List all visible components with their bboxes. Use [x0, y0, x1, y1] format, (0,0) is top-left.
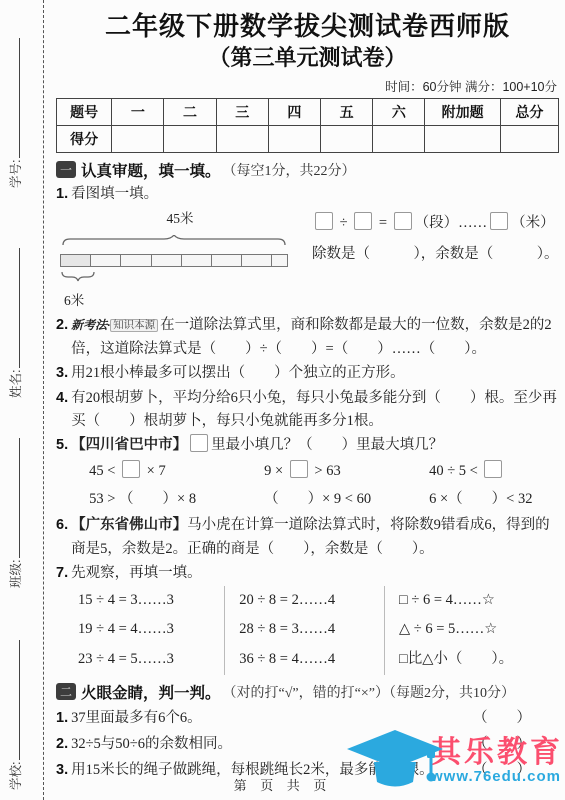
q1-bar-cell [152, 255, 182, 266]
section-1-number-icon: 一 [56, 161, 76, 178]
q7-equation: △ ÷ 6 = 5……☆ [399, 615, 553, 645]
q1-bar-cell [242, 255, 272, 266]
student-class-field: 班级: [6, 378, 26, 588]
q1-bar-cell [212, 255, 242, 266]
q5-expression: 9 × > 63 [264, 458, 429, 486]
q5-expression: 6 ×（ ）< 32 [429, 486, 559, 514]
score-row-label: 得分 [57, 125, 112, 152]
q1-bar-top-label: 45米 [60, 208, 300, 230]
knowledge-origin-badge: 知识本源 [110, 319, 158, 332]
graduation-cap-icon [345, 728, 445, 794]
q7-column-3: □ ÷ 6 = 4……☆ △ ÷ 6 = 5……☆ □比△小（ ）。 [384, 586, 559, 675]
question-5-number: 5. [56, 434, 68, 457]
question-2: 2. 新考法·知识本源在一道除法算式里，商和除数都是最大的一位数，余数是2的2倍… [56, 314, 559, 361]
score-header-cell: 六 [373, 98, 425, 125]
q1-bar-cell [61, 255, 91, 266]
q7-pattern-grid: 15 ÷ 4 = 3……3 19 ÷ 4 = 4……3 23 ÷ 4 = 5……… [56, 586, 559, 675]
score-empty-cell [425, 125, 500, 152]
q7-equation: 20 ÷ 8 = 2……4 [239, 586, 378, 616]
exam-meta: 时间：60分钟 满分：100+10分 [56, 77, 557, 95]
question-3: 3. 用21根小棒最多可以摆出（ ）个独立的正方形。 [56, 362, 559, 385]
question-5: 5. 【四川省巴中市】里最小填几？（ ）里最大填几？ 45 < × 7 9 × … [56, 434, 559, 513]
blank-box [122, 460, 140, 478]
question-1-text: 看图填一填。 [71, 183, 559, 206]
page-title: 二年级下册数学拔尖测试卷西师版 [56, 10, 559, 43]
q1-segment-bar [60, 254, 288, 267]
score-empty-cell [500, 125, 558, 152]
student-school-blank-line [7, 640, 20, 760]
question-4: 4. 有20根胡萝卜，平均分给6只小兔，每只小兔最多能分到（ ）根。至少再买（ … [56, 387, 559, 434]
blank-box [315, 212, 333, 230]
left-margin: 学号: 姓名: 班级: 学校: [0, 0, 44, 800]
q5-expression: （ ）× 9 < 60 [264, 486, 429, 514]
q5-expression: 45 < × 7 [89, 458, 264, 486]
score-header-cell: 题号 [57, 98, 112, 125]
blank-box [290, 460, 308, 478]
q7-column-2: 20 ÷ 8 = 2……4 28 ÷ 8 = 3……4 36 ÷ 8 = 4……… [224, 586, 384, 675]
q7-equation: 36 ÷ 8 = 4……4 [239, 645, 378, 675]
q1-bar-bottom-label: 6米 [64, 290, 300, 312]
judge-item-1-number: 1. [56, 705, 68, 731]
q7-equation: □ ÷ 6 = 4……☆ [399, 586, 553, 616]
q1-equations: ÷ = （段）……（米） 除数是（ ），余数是（ ）。 [300, 208, 559, 312]
score-header-cell: 一 [112, 98, 164, 125]
section-1-note: （每空1分，共22分） [223, 160, 356, 180]
q1-top-brace [60, 235, 288, 245]
new-method-badge: 新考法· [71, 318, 110, 332]
judge-item-1-text: 37里面最多有6个6。 [71, 705, 473, 731]
score-empty-cell [321, 125, 373, 152]
student-id-field: 学号: [6, 0, 26, 188]
section-1-heading: 一 认真审题，填一填。 （每空1分，共22分） [56, 159, 559, 181]
q7-equation: □比△小（ ）。 [399, 645, 553, 675]
question-7: 7. 先观察，再填一填。 15 ÷ 4 = 3……3 19 ÷ 4 = 4……3… [56, 562, 559, 675]
question-6: 6. 【广东省佛山市】马小虎在计算一道除法算式时，将除数9错看成6，得到的商是5… [56, 514, 559, 561]
question-7-number: 7. [56, 562, 68, 585]
question-1-content: 45米 [60, 208, 559, 312]
question-6-region-tag: 【广东省佛山市】 [71, 517, 187, 533]
blank-box [354, 212, 372, 230]
question-3-text: 用21根小棒最多可以摆出（ ）个独立的正方形。 [71, 362, 559, 385]
student-name-field: 姓名: [6, 188, 26, 398]
q1-bar-diagram: 45米 [60, 208, 300, 312]
test-paper-page: 学号: 姓名: 班级: 学校: 二年级下册数学拔尖测试卷西师版 （第三单元测试卷… [0, 0, 565, 800]
score-header-cell: 总分 [500, 98, 558, 125]
q7-column-1: 15 ÷ 4 = 3……3 19 ÷ 4 = 4……3 23 ÷ 4 = 5……… [72, 586, 224, 675]
question-3-number: 3. [56, 362, 68, 385]
q1-equation-line: ÷ = （段）……（米） [312, 208, 559, 238]
paper-body: 二年级下册数学拔尖测试卷西师版 （第三单元测试卷） 时间：60分钟 满分：100… [56, 0, 559, 783]
blank-box [484, 460, 502, 478]
judge-item-1-answer-blank: （ ） [473, 705, 559, 731]
student-class-blank-line [7, 438, 20, 558]
question-1: 1. 看图填一填。 45米 [56, 183, 559, 312]
student-id-label: 学号: [9, 160, 23, 188]
question-7-text: 先观察，再填一填。 [71, 562, 559, 585]
watermark-url: www.76edu.com [431, 768, 561, 785]
score-header-cell: 二 [164, 98, 216, 125]
q5-expression: 40 ÷ 5 < [429, 458, 559, 486]
score-empty-cell [373, 125, 425, 152]
page-subtitle: （第三单元测试卷） [56, 45, 559, 71]
judge-item-1: 1. 37里面最多有6个6。 （ ） [56, 705, 559, 731]
section-2-heading: 二 火眼金睛，判一判。 （对的打“√”，错的打“×”）（每题2分，共10分） [56, 681, 559, 703]
q7-equation: 28 ÷ 8 = 3……4 [239, 615, 378, 645]
score-header-cell: 三 [216, 98, 268, 125]
score-empty-cell [164, 125, 216, 152]
score-header-cell: 附加题 [425, 98, 500, 125]
section-1-title: 认真审题，填一填。 [81, 159, 221, 181]
watermark-brand-name: 其乐教育 [431, 737, 563, 769]
q1-bar-cell [91, 255, 121, 266]
question-1-number: 1. [56, 183, 68, 206]
judge-item-2-number: 2. [56, 731, 68, 757]
score-table-header-row: 题号 一 二 三 四 五 六 附加题 总分 [57, 98, 559, 125]
score-empty-cell [112, 125, 164, 152]
q7-equation: 15 ÷ 4 = 3……3 [78, 586, 218, 616]
q1-answer-line: 除数是（ ），余数是（ ）。 [312, 239, 559, 269]
q1-bar-cell [182, 255, 212, 266]
question-5-region-tag: 【四川省巴中市】 [71, 437, 187, 453]
q1-bar-cell-remainder [272, 255, 287, 266]
score-empty-cell [268, 125, 320, 152]
q1-bar-cell [121, 255, 151, 266]
watermark: 其乐教育 www.76edu.com [345, 728, 563, 794]
q5-expressions-row-2: 53 > （ ）× 8 （ ）× 9 < 60 6 ×（ ）< 32 [71, 486, 559, 514]
blank-box [190, 434, 208, 452]
question-2-number: 2. [56, 314, 68, 337]
q7-equation: 19 ÷ 4 = 4……3 [78, 615, 218, 645]
student-school-field: 学校: [6, 580, 26, 790]
score-header-cell: 五 [321, 98, 373, 125]
score-table: 题号 一 二 三 四 五 六 附加题 总分 得分 [56, 98, 559, 153]
section-2-title: 火眼金睛，判一判。 [81, 681, 221, 703]
question-6-number: 6. [56, 514, 68, 537]
blank-box [490, 212, 508, 230]
score-header-cell: 四 [268, 98, 320, 125]
score-empty-cell [216, 125, 268, 152]
q5-expression: 53 > （ ）× 8 [89, 486, 264, 514]
q1-bottom-brace [60, 272, 96, 282]
question-2-text: 新考法·知识本源在一道除法算式里，商和除数都是最大的一位数，余数是2的2倍，这道… [71, 314, 559, 361]
q5-expressions-row-1: 45 < × 7 9 × > 63 40 ÷ 5 < [71, 458, 559, 486]
q7-equation: 23 ÷ 4 = 5……3 [78, 645, 218, 675]
section-2-note: （对的打“√”，错的打“×”）（每题2分，共10分） [223, 682, 515, 702]
student-name-blank-line [7, 248, 20, 368]
score-table-score-row: 得分 [57, 125, 559, 152]
question-5-text: 里最小填几？（ ）里最大填几？ [187, 437, 443, 453]
question-4-text: 有20根胡萝卜，平均分给6只小兔，每只小兔最多能分到（ ）根。至少再买（ ）根胡… [71, 387, 559, 434]
blank-box [394, 212, 412, 230]
student-id-blank-line [7, 38, 20, 158]
question-4-number: 4. [56, 387, 68, 410]
section-2-number-icon: 二 [56, 683, 76, 700]
